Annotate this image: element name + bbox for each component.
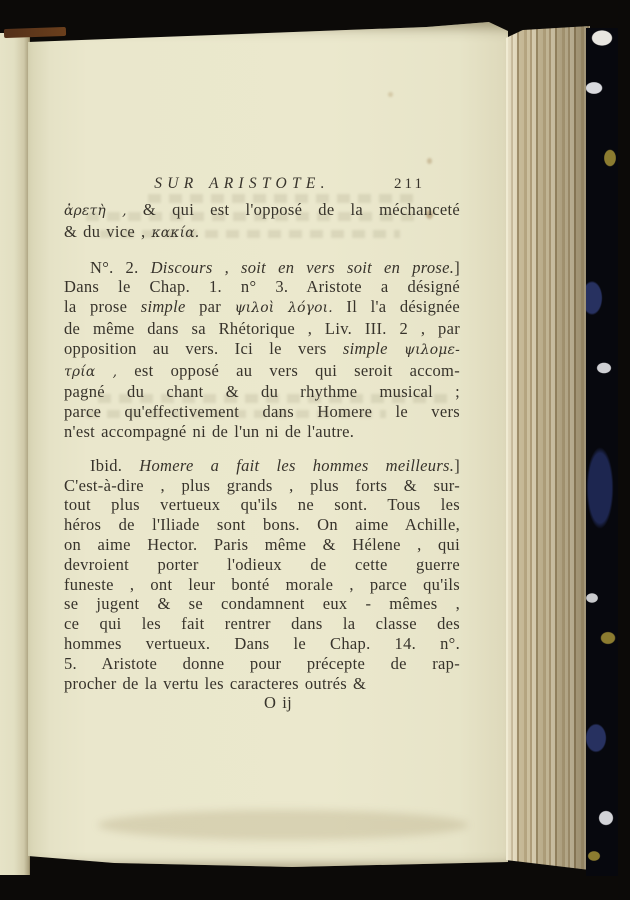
text-run: & qui est l'opposé de la méchanceté [127,200,460,219]
text-run: ] [454,258,460,277]
paragraph: Ibid. Homere a fait les hommes meilleurs… [64,456,460,694]
page-header: SUR ARISTOTE. 211 [64,174,460,196]
book-page: SUR ARISTOTE. 211 ἀρετὴ , & qui est l'op… [28,22,508,868]
text-line: tout plus vertueux qu'ils ne sont. Tous … [64,495,460,515]
text-run: & du vice , [64,222,151,241]
marbled-cover-edge [586,28,618,876]
text-run: par [186,297,235,316]
paragraphs: ἀρετὴ , & qui est l'opposé de la méchanc… [64,200,460,693]
text-run: Ibid. [90,456,139,475]
italic-text: Discours , soit en vers soit en prose. [151,258,455,277]
text-run: Dans le Chap. 1. n° 3. Aristote a désign… [64,277,460,296]
text-run: parce qu'effectivement dans Homere le ve… [64,402,460,421]
text-run: la prose [64,297,141,316]
paper-stain [98,810,468,840]
fox-spot [388,92,393,97]
text-line: N°. 2. Discours , soit en vers soit en p… [64,258,460,278]
page-number: 211 [394,175,460,195]
running-title: SUR ARISTOTE. [64,174,394,194]
text-line: de même dans sa Rhétorique , Liv. III. 2… [64,319,460,339]
text-run: de même dans sa Rhétorique , Liv. III. 2… [64,319,460,338]
text-line: funeste , ont leur bonté morale , parce … [64,575,460,595]
italic-text: simple [343,339,388,358]
text-line: hommes vertueux. Dans le Chap. 14. n°. [64,634,460,654]
greek-text: ψιλομε- [404,342,460,358]
text-line: C'est-à-dire , plus grands , plus forts … [64,476,460,496]
paragraph: N°. 2. Discours , soit en vers soit en p… [64,258,460,442]
text-line: parce qu'effectivement dans Homere le ve… [64,402,460,422]
text-run: est opposé au vers qui seroit accom- [117,361,460,380]
text-line: 5. Aristote donne pour précepte de rap- [64,654,460,674]
text-line: ἀρετὴ , & qui est l'opposé de la méchanc… [64,200,460,222]
text-line: Dans le Chap. 1. n° 3. Aristote a désign… [64,277,460,297]
text-run: se jugent & se condamnent eux - mêmes , [64,594,460,613]
text-run: devroient porter l'odieux de cette guerr… [64,555,460,574]
text-run: héros de l'Iliade sont bons. On aime Ach… [64,515,460,534]
fox-spot [427,158,432,164]
text-line: on aime Hector. Paris même & Hélene , qu… [64,535,460,555]
text-run: procher de la vertu les caracteres outré… [64,674,366,693]
text-line: Ibid. Homere a fait les hommes meilleurs… [64,456,460,476]
paragraph: ἀρετὴ , & qui est l'opposé de la méchanc… [64,200,460,244]
text-run: ] [454,456,460,475]
text-block: SUR ARISTOTE. 211 ἀρετὴ , & qui est l'op… [64,174,460,713]
text-line: τρία , est opposé au vers qui seroit acc… [64,361,460,383]
text-run: 5. Aristote donne pour précepte de rap- [64,654,460,673]
text-line: la prose simple par ψιλοὶ λόγοι. Il l'a … [64,297,460,319]
text-run [388,339,404,358]
text-line: procher de la vertu les caracteres outré… [64,674,460,694]
text-run: Il l'a désignée [333,297,460,316]
spine-headcap [4,27,66,38]
text-run: C'est-à-dire , plus grands , plus forts … [64,476,460,495]
text-line: ce qui les fait rentrer dans la classe d… [64,614,460,634]
text-run: N°. 2. [90,258,151,277]
greek-text: ἀρετὴ , [64,203,127,219]
text-run: pagné du chant & du rhythme musical ; [64,382,460,401]
text-run: hommes vertueux. Dans le Chap. 14. n°. [64,634,460,653]
text-line: n'est accompagné ni de l'un ni de l'autr… [64,422,460,442]
fore-edge-page-stack [506,26,590,872]
greek-text: τρία , [64,364,117,380]
italic-text: simple [141,297,186,316]
text-line: héros de l'Iliade sont bons. On aime Ach… [64,515,460,535]
text-run: ce qui les fait rentrer dans la classe d… [64,614,460,633]
text-run: on aime Hector. Paris même & Hélene , qu… [64,535,460,554]
text-run: opposition au vers. Ici le vers [64,339,343,358]
text-run: funeste , ont leur bonté morale , parce … [64,575,460,594]
greek-text: ψιλοὶ λόγοι. [235,300,333,316]
text-run: tout plus vertueux qu'ils ne sont. Tous … [64,495,460,514]
book-photograph: SUR ARISTOTE. 211 ἀρετὴ , & qui est l'op… [0,0,630,900]
text-line: opposition au vers. Ici le vers simple ψ… [64,339,460,361]
text-line: devroient porter l'odieux de cette guerr… [64,555,460,575]
text-line: pagné du chant & du rhythme musical ; [64,382,460,402]
text-line: & du vice , κακία. [64,222,460,244]
text-run: n'est accompagné ni de l'un ni de l'autr… [64,422,354,441]
facing-page-sliver [0,33,30,875]
text-line: se jugent & se condamnent eux - mêmes , [64,594,460,614]
italic-text: Homere a fait les hommes meilleurs. [139,456,454,475]
gathering-signature: O ij [64,693,460,713]
greek-text: κακία. [151,225,199,241]
